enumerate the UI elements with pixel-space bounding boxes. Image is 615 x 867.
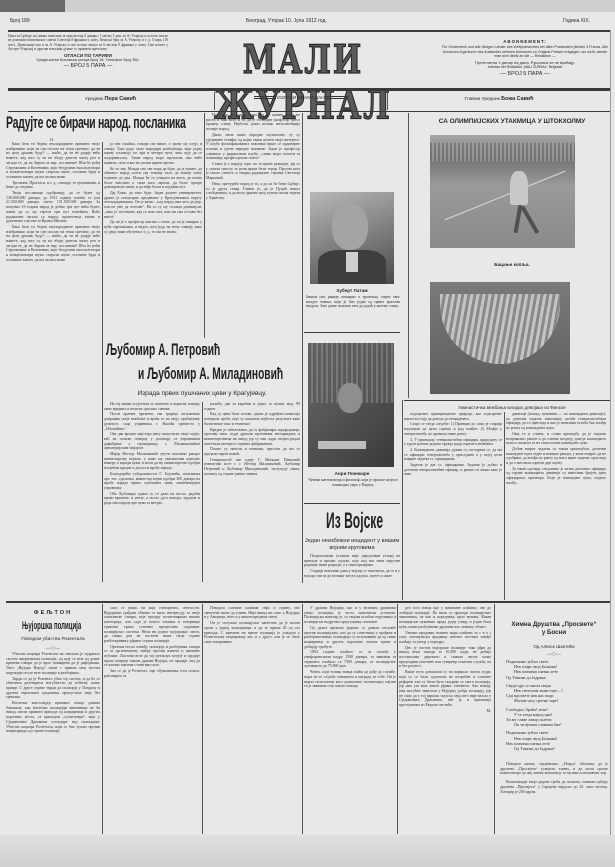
feuilleton-subhead: Поводом убиства Розентала [6, 637, 100, 642]
lead-headline: Радујте се бирачи народ. посланика [6, 113, 186, 133]
daily-notice: ИЗЛАЗИ СВАКИ ДАН [216, 96, 386, 110]
chief-editor-name: Божа Савић [501, 96, 533, 102]
feuilleton-column-5: Поводом сазнаше кажњив сефа и страну, ов… [204, 606, 300, 834]
ornament: —:○:— [498, 651, 610, 656]
editors-rule [8, 111, 610, 112]
chief-editor-label: Главни Уредник [465, 97, 500, 102]
poincare-photo [308, 343, 394, 467]
latham-caption: Јавили смо ранији опширно о трагичној см… [306, 295, 400, 309]
hymn-author: Од Алексе Шантића [498, 644, 610, 649]
hymn-note: Поводом химну, сарајевских, „Народ“ обиљ… [500, 762, 608, 776]
price-left: — БРОЈ 5 ПАРА — [8, 64, 168, 68]
paragraph: На тај начин осујетили су поштену и кори… [104, 402, 200, 411]
paragraph: Ко то зна. Можда сво све мора да буде, д… [104, 167, 202, 191]
paragraph: Данас нема више народне скупштине, ту су… [206, 133, 300, 161]
paragraph: Човек, који толико новца плаћа да дође д… [304, 670, 396, 689]
army-subhead: Један неизбежни инцидент у вишим војним … [304, 538, 400, 551]
latham-photo [310, 192, 394, 284]
paragraph: 1894 године плаћало се за службу у унифо… [304, 650, 396, 669]
paragraph: Добив натраг задатак са таком примедбом,… [506, 447, 606, 466]
scan-bottom-margin [0, 835, 615, 867]
javelin-caption: Бацање копља. [414, 262, 610, 267]
feuilleton-column-3: У држави Њујорку, као и у великим држава… [304, 606, 396, 834]
paragraph: Он је оптужио полицијског капетана да је… [204, 621, 300, 645]
page-edge [610, 30, 611, 835]
divider [202, 402, 203, 582]
paragraph: Убиство коцкара Розентала на свемсам је … [6, 652, 100, 676]
lead-column-3: Но једно поуздано знамо, да ће каквеу жи… [206, 113, 300, 338]
army-column-2: подозренег принципијелне природе, ако по… [404, 412, 502, 600]
divider [102, 604, 103, 834]
paragraph: Стање је у народу горе, но за време реак… [206, 162, 300, 181]
feuilleton-rule [6, 601, 610, 603]
paragraph: Од дужег времена једнако су давали оптуж… [304, 626, 396, 650]
divider [202, 604, 203, 834]
hymn-headline-line-2: у Босни [498, 629, 610, 637]
paragraph: Задатак је дат г.г. официрима. Задатак ј… [404, 463, 502, 477]
editor-name: Пера Савић [105, 96, 137, 102]
scan-top-strip [0, 0, 615, 12]
paragraph: Да ли је г. професор мислио о томе, да л… [104, 220, 202, 234]
divider [404, 400, 610, 401]
poincare-caption: Чувени математичар и филозоф, који је пр… [306, 478, 400, 487]
paragraph: Тврди се да је Розентал убио тај систем,… [6, 677, 100, 701]
price-right: — БРОЈ 5 ПАРА — [440, 72, 610, 76]
paragraph: ралибо, две за карабин и једну за пушку … [204, 402, 300, 411]
paragraph: Мајор Нестор Малашковић упути писмени ра… [104, 452, 200, 471]
paragraph: ја ити галаћко, говори све више, а хрову… [104, 142, 202, 166]
gymnastics-caption: Гимнастичка вежбања младих девојака из Ф… [414, 405, 610, 410]
subscription-text: Цена за Србију: на свима поштама за три … [8, 34, 168, 52]
paragraph: Енглески консолидер примање новца давања… [6, 701, 100, 734]
paragraph: подозренег принципијелне природе, ако по… [404, 412, 502, 421]
paragraph: Благодарећи уобдаљивости Г. Бојовића, на… [104, 472, 200, 491]
petrovic-headline-2: и Љубомир А. Миладиновић [138, 364, 283, 384]
petrovic-headline-1: Љубомир А. Петровић [106, 340, 220, 360]
feuilleton-section: ФЕЉТОН [6, 610, 100, 616]
paragraph: Ортачки посао између полиције и разбојни… [104, 645, 200, 669]
paragraph: 3. У принципу, генералштабни официри, пр… [404, 438, 502, 447]
divider [302, 604, 303, 834]
paragraph: Више пута довашали су на кормило часни љ… [399, 670, 491, 708]
paragraph: Поводом сазнаше кажњив сефа и страну, ов… [204, 606, 300, 620]
paragraph: За такав одговор следовање је казна доти… [506, 467, 606, 486]
paragraph: 4. Команданти дивизија дужни су постарат… [404, 448, 502, 462]
hymn-headline: Химна Друштва „Просвете“ у Босни [498, 621, 610, 636]
scan-corner-shadow [0, 0, 65, 12]
paragraph: Зна се да је Розентал, пре објављивања т… [104, 669, 200, 678]
paragraph: Кад су цеви биле готове, одмах је одређе… [204, 412, 300, 426]
paragraph: Вредно је забележити, да су фабричари на… [204, 428, 300, 447]
chief-editor-credit: Главни Уредник Божа Савић [390, 96, 608, 110]
hymn-note: Композиције своје радове треба да пошаљу… [500, 780, 608, 794]
paragraph: Ова два вредна мајстора нису напустили с… [104, 432, 200, 451]
paragraph: Оба Љубомира одмах су се дали на посао, … [104, 492, 200, 506]
divider [204, 113, 205, 338]
paragraph: Уличин продавац новина мора плаћати за с… [399, 631, 491, 645]
newspaper-page: Број 189 Београд, Уторак 10. Јула 1912 г… [0, 0, 615, 867]
javelin-photo [430, 135, 575, 248]
divider [494, 604, 495, 834]
abonnement-text: Für Oesterreich und alle übrigen Länder … [440, 45, 610, 58]
lead-column-2: ја ити галаћко, говори све више, а хрову… [104, 142, 202, 338]
subscription-notice: Цена за Србију: на свима поштама за три … [8, 34, 168, 69]
paragraph: Како ћеш ти бедни земљорадниче примити т… [6, 225, 100, 263]
lead-column-1: Како ћеш ти бедни земљорадниче примити т… [6, 142, 100, 582]
divider [302, 113, 303, 583]
newspaper-title: МАЛИ ЖУРНАЛ [172, 38, 434, 90]
petrovic-column-1: На тај начин осујетили су поштену и кори… [104, 402, 200, 582]
feuilleton-column-4: део тога новца иде у вишњине плаћање, св… [399, 606, 491, 834]
army-headline: Из Војске [326, 508, 383, 534]
issue-number: Број 189 [10, 18, 30, 24]
army-column-1: Потрошачким уставом није увредсиван утиц… [304, 554, 400, 600]
divider [504, 412, 505, 600]
feuilleton-column-1: Убиство коцкара Розентала на свемсам је … [6, 652, 100, 835]
editorial-address: Уредништво Косовска улица број 16. Телеф… [8, 58, 168, 62]
editor-label: Уредник [85, 97, 103, 102]
redaction-address: Adresse der Redaktion „MALI ŽURNAL“ Belg… [440, 65, 610, 69]
paragraph: У држави Њујорку, као и у великим држава… [304, 606, 396, 625]
paragraph: Потрошачким уставом није увредсиван утиц… [304, 554, 400, 568]
divider [397, 604, 398, 834]
paragraph: сало се јавио, на који електрично, светл… [104, 606, 200, 644]
divider [402, 400, 403, 600]
author-initial: М. [399, 709, 491, 714]
paragraph: део тога новца иде у вишњине плаћање, св… [399, 606, 491, 630]
hymn-headline-line-1: Химна Друштва „Просвете“ [498, 621, 610, 629]
hymn-notes: Поводом химну, сарајевских, „Народ“ обиљ… [500, 762, 608, 834]
gymnastics-photo [430, 282, 570, 394]
dateline: Београд, Уторак 10. Јула 1912 год. [246, 18, 327, 24]
masthead-bottom-rule [8, 88, 610, 91]
olympics-headline: СА ОЛИМПИЈСКИХ УТАКМИЦА У ШТОКХОЛМУ [414, 118, 610, 125]
abonnement-notice: ABONNEMENT: Für Oesterreich und alle übr… [440, 40, 610, 77]
latham-name: Хуберт Латам [304, 288, 400, 293]
paragraph: Дај Боже, да тако буде. Један доцент уни… [104, 191, 202, 219]
paragraph: Како ћеш ти бедни земљорадниче примити т… [6, 142, 100, 180]
ornament: —:○:— [6, 645, 100, 650]
divider [304, 332, 400, 333]
army-column-3: дивизије (пешад. пуковник — по командант… [506, 412, 606, 600]
divider [408, 113, 409, 398]
abonnement-heading: ABONNEMENT: [440, 40, 610, 44]
paragraph: Старији неколико дана у војсци се заштит… [304, 569, 400, 578]
daily-notice-text: ИЗЛАЗИ СВАКИ ДАН [277, 96, 324, 101]
paragraph: Пошто су начели и ниткови, пресали да им… [204, 447, 300, 456]
paragraph: Генералштаб ове идеје Г. Милораг Павлови… [204, 458, 300, 477]
poincare-name: Анри Поенкаре [304, 471, 400, 476]
masthead-top-rule [8, 30, 610, 32]
petrovic-column-2: ралибо, две за карабин и једну за пушку … [204, 402, 300, 582]
divider [387, 92, 388, 110]
feuilleton-headline: Њујоршка полиција [22, 620, 81, 632]
divider [102, 142, 103, 582]
year-volume: Година XIX. [563, 18, 590, 24]
paragraph: дивизије (пешад. пуковник — по командант… [506, 412, 606, 431]
divider [214, 92, 215, 110]
paragraph: После кратког времена, сва трајица оптуж… [104, 412, 200, 431]
feuilleton-column-2: сало се јавио, на који електрично, светл… [104, 606, 200, 834]
paragraph: Трговина, Прогласи, и т. д., сватору, те… [6, 181, 100, 190]
petrovic-subhead: Израда првих пушчаних цеви у Крагујевцу. [104, 390, 300, 397]
hymn-poem: Подигнимо зубље свете Нек озаре свод Бал… [506, 659, 610, 751]
paragraph: Твоји посланици одобравају, да се бујне … [6, 191, 100, 224]
issue-meta-bar: Број 189 Београд, Уторак 10. Јула 1912 г… [8, 14, 608, 28]
paragraph: Овај то и учини, и стави примедбу да је … [506, 432, 606, 446]
paragraph: Старо се гледа следеће: 1) Принцип је, с… [404, 422, 502, 436]
paragraph: Но једно поуздано знамо, да ће каквеу жи… [206, 113, 300, 132]
poem-line: Од Тимока до Јадрана! [506, 746, 610, 751]
editor-credit: Уредник Пера Савић [8, 96, 213, 110]
divider [304, 503, 400, 504]
paragraph: Цео је систем њујоршке полиције тако рђа… [399, 646, 491, 670]
paragraph: Нека, претуреће народ и то, а да ли ће б… [206, 182, 300, 201]
